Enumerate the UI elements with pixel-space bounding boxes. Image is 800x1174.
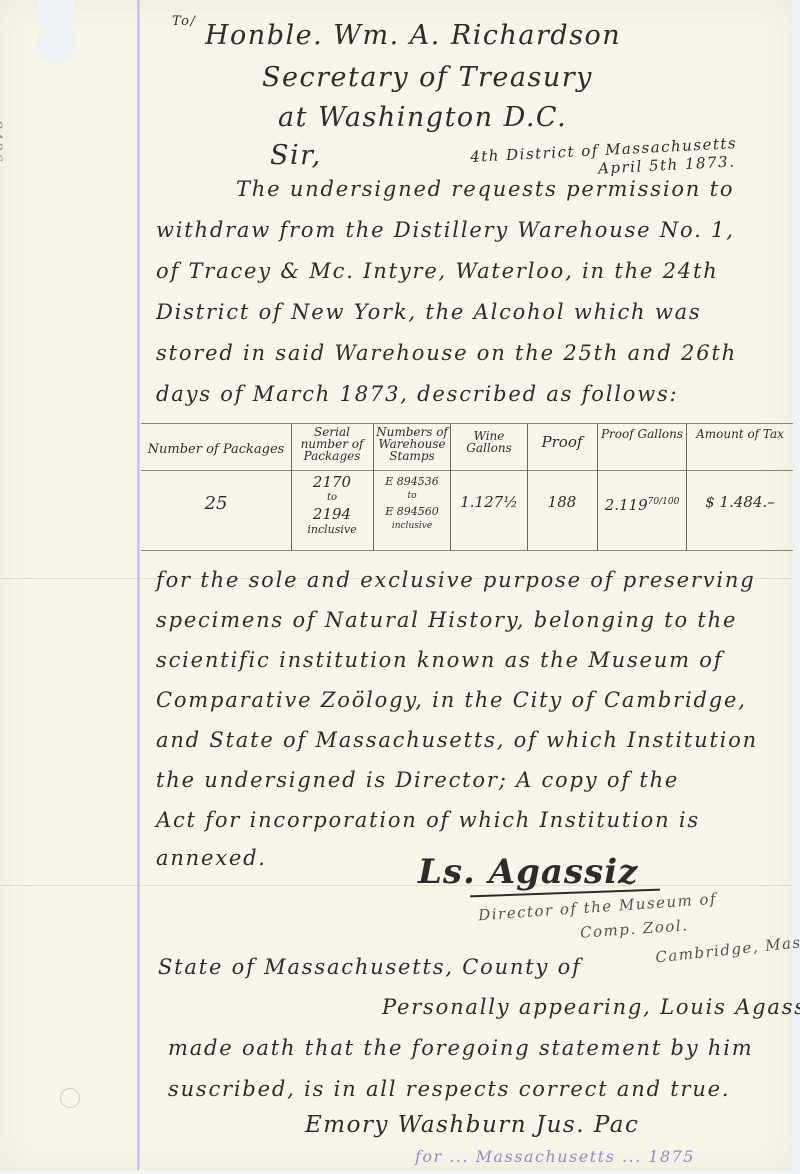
header-proof: Proof — [529, 436, 595, 448]
affidavit-heading: State of Massachusetts, County of — [158, 955, 582, 979]
body-line: and State of Massachusetts, of which Ins… — [156, 728, 758, 752]
header-proof-gallons: Proof Gallons — [599, 428, 685, 440]
document-page: 8436 To/ Honble. Wm. A. Richardson Secre… — [0, 0, 792, 1170]
cell-number-of-packages: 25 — [143, 496, 289, 512]
body-line: specimens of Natural History, belonging … — [156, 608, 737, 632]
stamp-end: E 894560 — [375, 504, 449, 519]
body-line: Act for incorporation of which Instituti… — [156, 808, 700, 832]
addressee-title: Secretary of Treasury — [262, 62, 593, 93]
header-amount-of-tax: Amount of Tax — [688, 428, 792, 440]
serial-start: 2170 — [293, 474, 371, 490]
agassiz-signature: Ls. Agassiz — [418, 852, 638, 892]
body-line: the undersigned is Director; A copy of t… — [156, 768, 679, 792]
serial-inclusive: inclusive — [293, 522, 371, 538]
addressee-location: at Washington D.C. — [278, 102, 567, 133]
proof-gallons-value: 2.119 — [605, 496, 648, 514]
column-divider — [450, 424, 451, 550]
body-line: scientific institution known as the Muse… — [156, 648, 723, 672]
affidavit-line: made oath that the foregoing statement b… — [168, 1036, 754, 1060]
cell-proof: 188 — [529, 494, 595, 510]
body-line: The undersigned requests permission to — [236, 177, 734, 201]
column-divider — [597, 424, 598, 550]
body-line: of Tracey & Mc. Intyre, Waterloo, in the… — [156, 259, 719, 283]
punch-hole — [60, 1088, 80, 1108]
stamp-start: E 894536 — [375, 474, 449, 489]
cell-serial-numbers: 2170 to 2194 inclusive — [293, 474, 371, 538]
fold-line — [0, 885, 792, 886]
stamp-to: to — [375, 489, 449, 504]
affidavit-line: Personally appearing, Louis Agassiz — [382, 995, 800, 1019]
alcohol-table: Number of Packages Serial number of Pack… — [141, 423, 793, 551]
header-serial-numbers: Serial number of Packages — [293, 426, 371, 462]
proof-gallons-fraction: 70/100 — [648, 497, 680, 507]
signature-annotation: Cambridge, Mass. — [655, 932, 800, 967]
addressee-prefix: To/ — [172, 14, 196, 29]
margin-number: 8436 — [0, 120, 4, 164]
serial-to: to — [293, 490, 371, 506]
cell-amount-of-tax: $ 1.484.– — [688, 494, 792, 510]
column-divider — [291, 424, 292, 550]
torn-corner — [38, 0, 74, 64]
header-wine-gallons: Wine Gallons — [453, 430, 525, 454]
body-line: days of March 1873, described as follows… — [156, 382, 678, 406]
serial-end: 2194 — [293, 506, 371, 522]
body-line: for the sole and exclusive purpose of pr… — [156, 568, 756, 592]
affidavit-line: suscribed, is in all respects correct an… — [168, 1077, 730, 1101]
column-divider — [373, 424, 374, 550]
signature-annotation: Comp. Zool. — [580, 916, 689, 942]
stamp-inclusive: inclusive — [375, 519, 449, 534]
body-line: Comparative Zoölogy, in the City of Camb… — [156, 688, 747, 712]
justice-signature: Emory Washburn Jus. Pac — [305, 1112, 639, 1138]
body-line: District of New York, the Alcohol which … — [156, 300, 702, 324]
cell-wine-gallons: 1.127½ — [453, 494, 525, 510]
header-number-of-packages: Number of Packages — [143, 444, 289, 456]
body-line: withdraw from the Distillery Warehouse N… — [156, 218, 735, 242]
margin-rule — [137, 0, 140, 1170]
cell-warehouse-stamps: E 894536 to E 894560 inclusive — [375, 474, 449, 534]
addressee-name: Honble. Wm. A. Richardson — [205, 20, 621, 51]
column-divider — [527, 424, 528, 550]
table-header-rule — [141, 470, 793, 471]
body-line: annexed. — [156, 846, 267, 870]
stamp-note: for ... Massachusetts ... 1875 — [415, 1147, 695, 1166]
cell-proof-gallons: 2.11970/100 — [599, 494, 685, 513]
salutation: Sir, — [270, 140, 322, 171]
body-line: stored in said Warehouse on the 25th and… — [156, 341, 737, 365]
header-warehouse-stamps: Numbers of Warehouse Stamps — [375, 426, 449, 462]
column-divider — [686, 424, 687, 550]
